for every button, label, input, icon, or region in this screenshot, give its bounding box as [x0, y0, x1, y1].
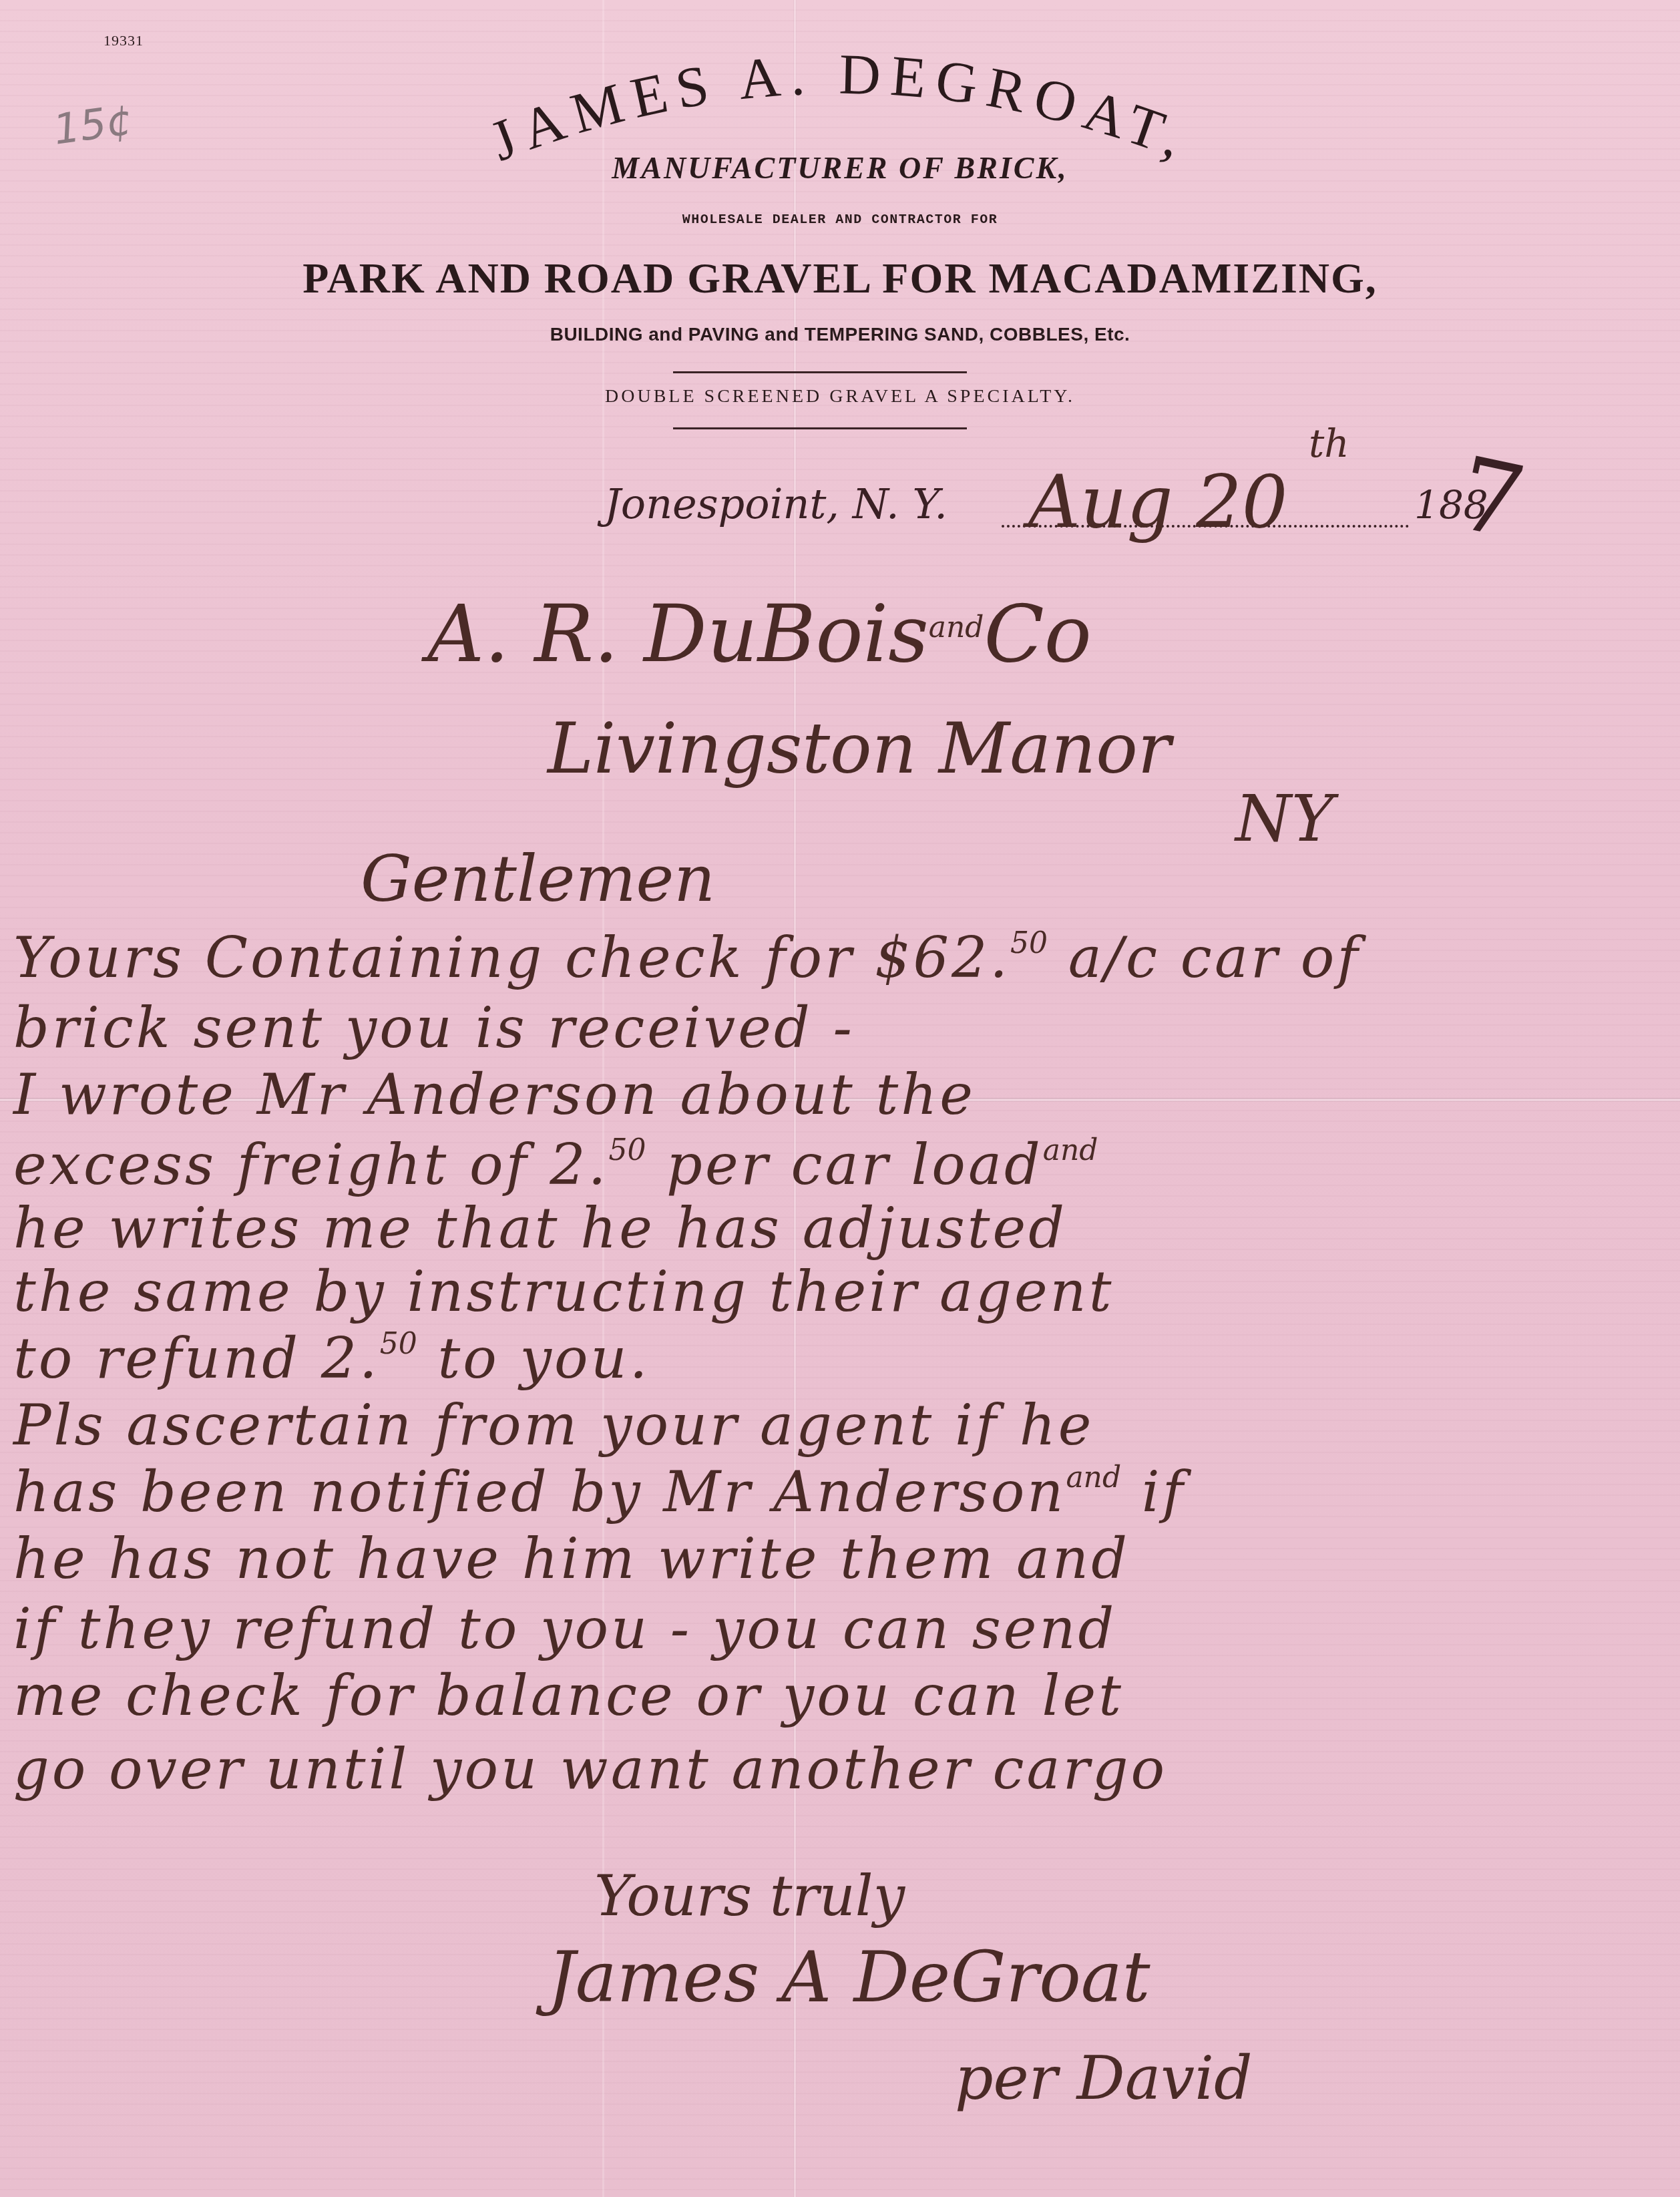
body-line: brick sent you is received - — [13, 995, 855, 1060]
letterhead-materials-line: BUILDING and PAVING and TEMPERING SAND, … — [0, 324, 1680, 345]
recipient-name-and: and — [929, 610, 984, 644]
body-line: Yours Containing check for $62.50 a/c ca… — [13, 925, 1361, 990]
serial-number: 19331 — [103, 32, 144, 49]
letterhead-manufacturer-line: MANUFACTURER OF BRICK, — [0, 150, 1680, 186]
dateline-date-suffix: th — [1309, 421, 1349, 466]
body-line: I wrote Mr Anderson about the — [13, 1062, 976, 1127]
body-line: me check for balance or you can let — [13, 1663, 1124, 1728]
valediction: Yours truly — [594, 1863, 905, 1929]
letterhead-company-name: JAMES A. DEGROAT, — [374, 7, 1309, 220]
body-line: go over until you want another cargo — [13, 1736, 1167, 1802]
body-line: to refund 2.50 to you. — [13, 1326, 650, 1391]
letterhead-rule-bottom — [673, 427, 967, 429]
letterhead-wholesale-line: WHOLESALE DEALER AND CONTRACTOR FOR — [0, 212, 1680, 228]
signature-per: per David — [955, 2043, 1253, 2114]
letterhead-specialty-line: DOUBLE SCREENED GRAVEL A SPECIALTY. — [0, 386, 1680, 407]
letterhead-rule-top — [673, 371, 967, 373]
body-line: Pls ascertain from your agent if he — [13, 1392, 1094, 1458]
body-line: he writes me that he has adjusted — [13, 1195, 1067, 1261]
body-line: excess freight of 2.50 per car loadand — [13, 1132, 1098, 1197]
body-line: the same by instructing their agent — [13, 1259, 1114, 1324]
letterhead-gravel-line: PARK AND ROAD GRAVEL FOR MACADAMIZING, — [0, 254, 1680, 303]
dateline-place: Jonespoint, N. Y. — [604, 479, 948, 528]
body-line: has been notified by Mr Andersonand if — [13, 1459, 1186, 1525]
signature: James A DeGroat — [548, 1937, 1150, 2018]
recipient-state: NY — [1235, 781, 1333, 856]
recipient-name-co: Co — [984, 588, 1092, 680]
recipient-name: A. R. DuBoisandCo — [427, 588, 1092, 680]
dateline-date: Aug 20 — [1028, 461, 1287, 544]
salutation: Gentlemen — [361, 841, 715, 916]
recipient-name-main: A. R. DuBois — [427, 588, 929, 680]
body-line: he has not have him write them and — [13, 1526, 1130, 1591]
recipient-city: Livingston Manor — [548, 708, 1171, 789]
body-line: if they refund to you - you can send — [13, 1596, 1116, 1661]
